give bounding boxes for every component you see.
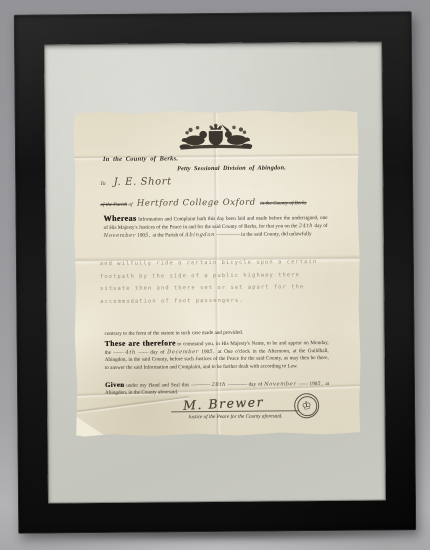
typed-offence-line: and wilfully ride a certain bicycle upon… bbox=[100, 256, 346, 271]
whereas-day-of-label: day of bbox=[314, 223, 327, 229]
signature-block: M. Brewer Justice of the Peace for the C… bbox=[75, 393, 361, 435]
division-heading: Petty Sessional Division of Abingdon. bbox=[177, 164, 351, 173]
contrary-line: contrary to the form of the statute in s… bbox=[105, 329, 329, 337]
printed-rule: —— bbox=[298, 381, 307, 387]
whereas-text-2: in the said County, did unlawfully bbox=[241, 231, 312, 238]
whereas-parish: Abingdon bbox=[185, 232, 215, 238]
struck-parish-text: of the Parish bbox=[100, 202, 127, 208]
printed-rule: —— bbox=[114, 349, 123, 355]
whereas-year-written: 5, bbox=[145, 233, 151, 239]
whereas-lead: Whereas bbox=[103, 214, 136, 223]
command-day-of-label: day of bbox=[150, 349, 164, 355]
printed-rule: —— bbox=[138, 349, 147, 355]
given-text-1: under my Hand and Seal this bbox=[126, 382, 189, 389]
summons-document: In the County of Berks. Petty Sessional … bbox=[73, 109, 362, 437]
command-day: 4th bbox=[125, 349, 136, 355]
frame-mat: In the County of Berks. Petty Sessional … bbox=[44, 42, 386, 504]
signature-rule bbox=[171, 410, 299, 412]
printed-rule: ———— bbox=[191, 382, 210, 388]
given-of-label: of bbox=[258, 382, 262, 388]
to-label: To bbox=[100, 181, 105, 187]
justice-title: Justice of the Peace for the County afor… bbox=[153, 413, 317, 420]
addressee-name: J. E. Short bbox=[114, 176, 172, 188]
addressee-line: To J. E. Short bbox=[100, 175, 327, 188]
given-month: November bbox=[264, 381, 296, 387]
royal-arms-crest-icon bbox=[73, 120, 359, 157]
command-lead: These are therefore bbox=[105, 338, 176, 348]
struck-county-text: in the County of Berks bbox=[260, 200, 306, 206]
residence-written-place: Hertford College Oxford bbox=[137, 198, 256, 209]
typed-offence-line: accommodation of foot passengers. bbox=[100, 294, 346, 309]
picture-frame: In the County of Berks. Petty Sessional … bbox=[14, 11, 417, 533]
whereas-text-1: Information and Complaint hath this day … bbox=[104, 215, 328, 231]
command-month: December bbox=[167, 349, 199, 355]
county-heading: In the County of Berks. bbox=[103, 154, 327, 163]
command-year-written: 5, bbox=[209, 349, 215, 355]
photograph-backdrop: { "photo": { "subject": "framed court su… bbox=[0, 0, 430, 550]
whereas-day: 24th bbox=[299, 223, 313, 229]
typed-offence-block: and wilfully ride a certain bicycle upon… bbox=[100, 256, 346, 309]
whereas-at-parish-label: at the Parish of bbox=[152, 232, 183, 238]
command-year-printed: 190 bbox=[201, 349, 209, 355]
printed-rule: ————— bbox=[216, 232, 239, 238]
given-lead: Given bbox=[105, 382, 124, 389]
of-label: of bbox=[128, 202, 132, 208]
given-day: 28th bbox=[212, 382, 226, 388]
residence-line: of the Parish of Hertford College Oxford… bbox=[100, 197, 327, 209]
printed-rule: ———— bbox=[228, 382, 247, 388]
given-day-label: day bbox=[249, 382, 257, 388]
whereas-paragraph: Whereas Information and Complaint hath t… bbox=[103, 213, 327, 240]
command-paragraph: These are therefore to command you, in H… bbox=[105, 338, 329, 372]
given-year-written: 5, bbox=[317, 381, 323, 387]
whereas-month: November bbox=[104, 233, 136, 239]
crown-icon: ♔ bbox=[301, 400, 312, 412]
